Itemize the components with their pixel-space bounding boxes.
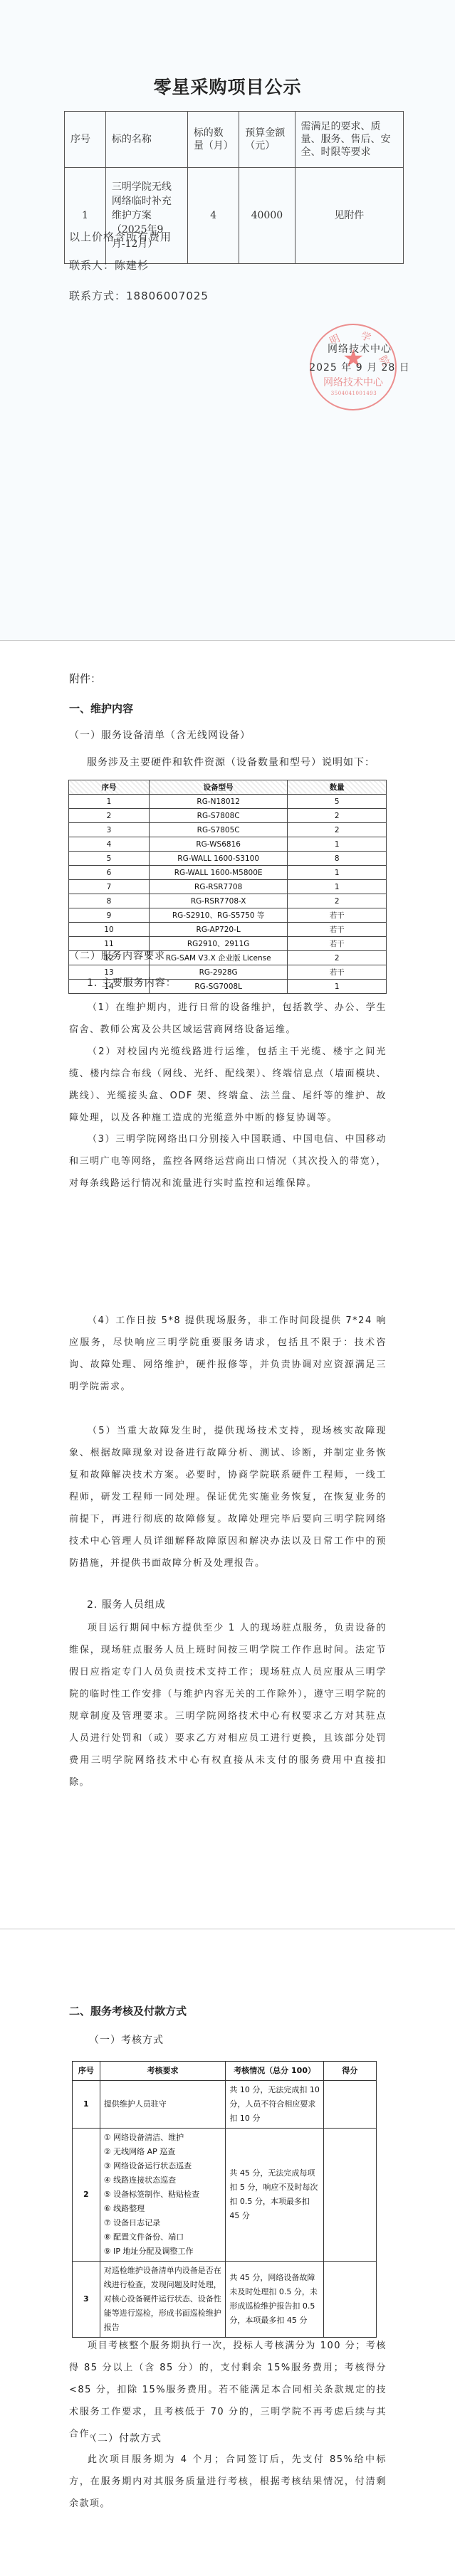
service-paragraph-4: （4）工作日按 5*8 提供现场服务，非工作时间段提供 7*24 响应服务，尽快… [69,1310,387,1398]
service-paragraph-2: （2）对校园内光缆线路进行运维，包括主干光缆、楼宇之间光缆、楼内综合布线（网线、… [69,1041,387,1129]
table-row: 1RG-N180125 [69,795,387,809]
cell-model: RG-WS6816 [149,837,287,852]
cell-model: RG-RSR7708-X [149,894,287,908]
cell-score [323,2262,376,2338]
cell-requirements: 见附件 [295,168,403,264]
table-row: 1 三明学院无线网络临时补充维护方案（2025年9月-12月） 4 40000 … [65,168,404,264]
service-paragraph-5: （5）当重大故障发生时，提供现场技术支持，现场核实故障现象、根据故障现象对设备进… [69,1420,387,1574]
price-note: 以上价格含所有费用 [69,229,172,244]
cell-no: 3 [69,823,150,837]
cell-qty: 若干 [288,937,387,951]
list-item: ⑧ 配置文件备份、端口 [104,2230,222,2244]
table-row: 6RG-WALL 1600-M5800E1 [69,866,387,880]
list-item: ⑥ 线路整理 [104,2202,222,2216]
cell-no: 6 [69,866,150,880]
list-item: ① 网络设备清洁、维护 [104,2131,222,2145]
header-qty: 数量 [288,780,387,795]
page-attachment: 附件： 一、维护内容 （一）服务设备清单（含无线网设备） 服务涉及主要硬件和软件… [0,641,455,1929]
cell-model: RG-N18012 [149,795,287,809]
list-item: ③ 网络设备运行状态巡查 [104,2159,222,2173]
cell-no: 2 [73,2129,100,2262]
cell-no: 1 [73,2081,100,2129]
subsection-heading: （二）服务内容要求 [69,948,165,963]
table-row: 2 ① 网络设备清洁、维护 ② 无线网络 AP 巡查 ③ 网络设备运行状态巡查 … [73,2129,377,2262]
contact-phone: 联系方式：18806007025 [69,288,209,303]
table-row: 7RG-RSR77081 [69,880,387,894]
list-item: ② 无线网络 AP 巡查 [104,2145,222,2159]
page-assessment: 二、服务考核及付款方式 （一）考核方式 序号 考核要求 考核情况（总分 100）… [0,1929,455,2576]
table-row: 1 提供维护人员驻守 共 10 分，无法完成扣 10 分，人员不符合相应要求扣 … [73,2081,377,2129]
section-heading: 一、维护内容 [69,701,133,716]
cell-model: RG-S7808C [149,809,287,823]
cell-model: RG-S7805C [149,823,287,837]
cell-qty: 若干 [288,923,387,937]
cell-no: 10 [69,923,150,937]
cell-no: 1 [65,168,106,264]
header-model: 设备型号 [149,780,287,795]
table-header-row: 序号 标的名称 标的数量（月） 预算金额（元） 需满足的要求、质量、服务、售后、… [65,112,404,168]
list-item: ⑨ IP 地址分配及调整工作 [104,2244,222,2259]
cell-no: 5 [69,852,150,866]
cell-no: 9 [69,908,150,923]
header-score: 得分 [323,2062,376,2081]
cell-qty: 8 [288,852,387,866]
signature-department: 网络技术中心 [292,341,427,356]
attachment-label: 附件： [69,671,101,686]
header-no: 序号 [65,112,106,168]
table-row: 10RG-AP720-L若干 [69,923,387,937]
header-criteria: 考核情况（总分 100） [226,2062,323,2081]
cell-quantity: 4 [187,168,239,264]
page-announcement: 零星采购项目公示 序号 标的名称 标的数量（月） 预算金额（元） 需满足的要求、… [0,0,455,640]
cell-model: RG-SAM V3.X 企业版 License [149,951,287,965]
header-requirements: 需满足的要求、质量、服务、售后、安全、时限等要求 [295,112,403,168]
assessment-body: 二、服务考核及付款方式 （一）考核方式 序号 考核要求 考核情况（总分 100）… [0,1929,455,2576]
header-quantity: 标的数量（月） [187,112,239,168]
equipment-intro: 服务涉及主要硬件和软件资源（设备数量和型号）说明如下： [87,755,375,769]
subsection-heading: （一）考核方式 [89,2032,164,2047]
cell-no: 2 [69,809,150,823]
cell-qty: 2 [288,823,387,837]
table-row: 9RG-S2910、RG-S5750 等若干 [69,908,387,923]
cell-model: RG-AP720-L [149,923,287,937]
cell-model: RG-WALL 1600-S3100 [149,852,287,866]
payment-paragraph: 此次项目服务期为 4 个月；合同签订后，先支付 85%给中标方，在服务期内对其服… [69,2449,387,2515]
page-title: 零星采购项目公示 [0,73,455,99]
cell-criteria: 共 45 分，无法完成每项扣 5 分，响应不及时每次扣 0.5 分，本项最多扣 … [226,2129,323,2262]
attachment-body: 附件： 一、维护内容 （一）服务设备清单（含无线网设备） 服务涉及主要硬件和软件… [0,641,455,1929]
cell-no: 1 [69,795,150,809]
subsection-heading: （一）服务设备清单（含无线网设备） [69,728,251,742]
header-name: 标的名称 [105,112,187,168]
header-no: 序号 [69,780,150,795]
cell-requirement: 提供维护人员驻守 [100,2081,226,2129]
cell-qty: 1 [288,866,387,880]
cell-model: RG2910、2911G [149,937,287,951]
cell-model: RG-RSR7708 [149,880,287,894]
cell-no: 3 [73,2262,100,2338]
cell-requirement-list: ① 网络设备清洁、维护 ② 无线网络 AP 巡查 ③ 网络设备运行状态巡查 ④ … [100,2129,226,2262]
list-item: ⑦ 设备日志记录 [104,2216,222,2230]
table-row: 2RG-S7808C2 [69,809,387,823]
cell-qty: 2 [288,894,387,908]
table-row: 3 对巡检维护设备清单内设备是否在线进行检查，发现问题及时处理，对核心设备硬件运… [73,2262,377,2338]
cell-qty: 若干 [288,908,387,923]
list-item: ⑤ 设备标签制作、粘贴检查 [104,2188,222,2202]
cell-model: RG-S2910、RG-S5750 等 [149,908,287,923]
cell-qty: 1 [288,980,387,994]
header-budget: 预算金额（元） [239,112,295,168]
cell-qty: 5 [288,795,387,809]
cell-name: 三明学院无线网络临时补充维护方案（2025年9月-12月） [105,168,187,264]
cell-criteria: 共 10 分，无法完成扣 10 分，人员不符合相应要求扣 10 分 [226,2081,323,2129]
cell-qty: 若干 [288,965,387,980]
cell-qty: 1 [288,837,387,852]
cell-model: RG-WALL 1600-M5800E [149,866,287,880]
table-row: 3RG-S7805C2 [69,823,387,837]
item-heading: 2. 服务人员组成 [87,1597,166,1611]
contact-person: 联系人：陈建杉 [69,258,149,272]
cell-score [323,2081,376,2129]
cell-no: 7 [69,880,150,894]
signature-date: 2025 年 9 月 28 日 [292,360,427,374]
seal-inner-text: 网络技术中心 [320,375,387,389]
subsection-heading: （二）付款方式 [87,2431,162,2445]
assessment-paragraph: 项目考核整个服务期执行一次，投标人考核满分为 100 分；考核得 85 分以上（… [69,2335,387,2445]
cell-no: 8 [69,894,150,908]
staff-paragraph: 项目运行期间中标方提供至少 1 人的现场驻点服务，负责设备的维保，现场驻点服务人… [69,1617,387,1793]
seal-code: 3504041001493 [324,391,384,396]
cell-criteria: 共 45 分，网络设备故障未及时处理扣 0.5 分，未形成巡检维护报告扣 0.5… [226,2262,323,2338]
item-heading: 1. 主要服务内容： [87,975,177,990]
cell-requirement: 对巡检维护设备清单内设备是否在线进行检查，发现问题及时处理，对核心设备硬件运行状… [100,2262,226,2338]
cell-qty: 2 [288,951,387,965]
cell-no: 4 [69,837,150,852]
cell-budget: 40000 [239,168,295,264]
list-item: ④ 线路连接状态巡查 [104,2173,222,2188]
table-header-row: 序号 设备型号 数量 [69,780,387,795]
table-header-row: 序号 考核要求 考核情况（总分 100） 得分 [73,2062,377,2081]
table-row: 4RG-WS68161 [69,837,387,852]
table-row: 5RG-WALL 1600-S31008 [69,852,387,866]
header-no: 序号 [73,2062,100,2081]
cell-qty: 1 [288,880,387,894]
cell-qty: 2 [288,809,387,823]
service-paragraph-1: （1）在维护期内，进行日常的设备维护，包括教学、办公、学生宿舍、教师公寓及公共区… [69,997,387,1041]
assessment-table: 序号 考核要求 考核情况（总分 100） 得分 1 提供维护人员驻守 共 10 … [72,2061,377,2338]
cell-score [323,2129,376,2262]
header-requirement: 考核要求 [100,2062,226,2081]
table-row: 8RG-RSR7708-X2 [69,894,387,908]
section-heading: 二、服务考核及付款方式 [69,2003,187,2018]
service-paragraph-3: （3）三明学院网络出口分别接入中国联通、中国电信、中国移动和三明广电等网络，监控… [69,1128,387,1194]
